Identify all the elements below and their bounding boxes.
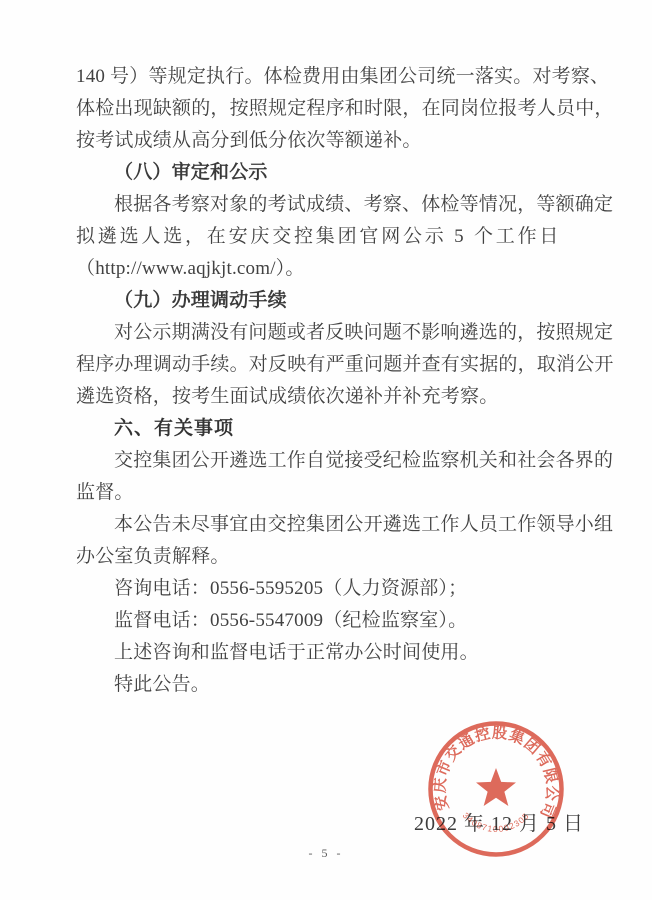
text-line: （八）审定和公示 [76,157,590,189]
text-line: 根据各考察对象的考试成绩、考察、体检等情况，等额确定 [76,189,590,221]
text-line: （九）办理调动手续 [76,285,590,317]
text-line: 程序办理调动手续。对反映有严重问题并查有实据的，取消公开 [76,349,590,381]
text-line: 特此公告。 [76,669,590,701]
document-page: 140 号）等规定执行。体检费用由集团公司统一落实。对考察、体检出现缺额的，按照… [0,0,652,900]
company-seal: 安庆市交通控股集团有限公司 3408710002305 [421,714,571,864]
text-line: 按考试成绩从高分到低分依次等额递补。 [76,125,590,157]
text-line: 拟遴选人选，在安庆交控集团官网公示 5 个工作日 [76,221,590,253]
page-number: - 5 - [0,846,652,861]
text-line: 上述咨询和监督电话于正常办公时间使用。 [76,637,590,669]
text-line: 交控集团公开遴选工作自觉接受纪检监察机关和社会各界的 [76,445,590,477]
company-seal-graphic: 安庆市交通控股集团有限公司 3408710002305 [421,714,571,864]
text-line: 体检出现缺额的，按照规定程序和时限，在同岗位报考人员中， [76,93,590,125]
text-line: 遴选资格，按考生面试成绩依次递补并补充考察。 [76,381,590,413]
text-line: 六、有关事项 [76,413,590,445]
document-body: 140 号）等规定执行。体检费用由集团公司统一落实。对考察、体检出现缺额的，按照… [76,61,590,701]
text-line: 监督。 [76,477,590,509]
text-line: 140 号）等规定执行。体检费用由集团公司统一落实。对考察、 [76,61,590,93]
document-date: 2022 年 12 月 5 日 [414,807,584,836]
text-line: （http://www.aqjkjt.com/）。 [76,253,590,285]
text-line: 本公告未尽事宜由交控集团公开遴选工作人员工作领导小组 [76,509,590,541]
seal-star-icon [476,768,516,806]
text-line: 监督电话：0556-5547009（纪检监察室）。 [76,605,590,637]
text-line: 对公示期满没有问题或者反映问题不影响遴选的，按照规定 [76,317,590,349]
text-line: 办公室负责解释。 [76,541,590,573]
text-line: 咨询电话：0556-5595205（人力资源部）； [76,573,590,605]
